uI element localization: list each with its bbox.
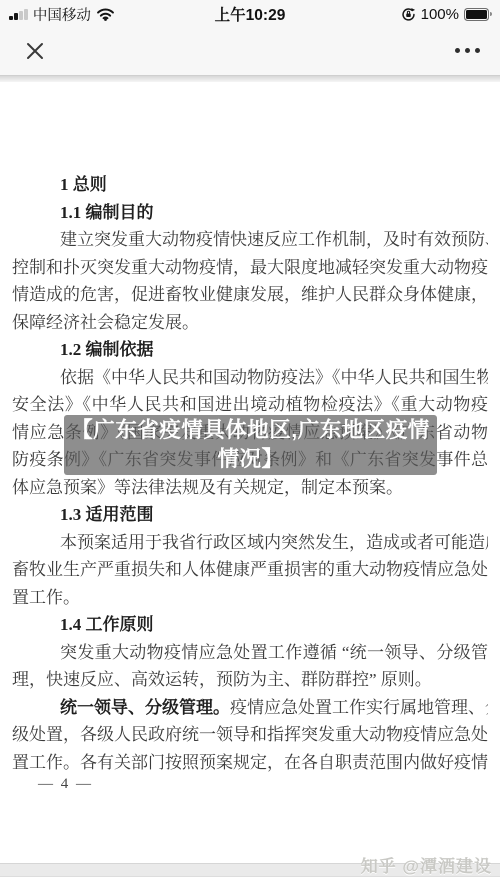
orientation-lock-icon bbox=[401, 7, 416, 22]
document-text-line: 建立突发重大动物疫情快速反应工作机制，及时有效预防、 bbox=[12, 226, 488, 254]
document-text-line: 置工作。 bbox=[12, 584, 488, 612]
document-text-line: 统一领导、分级管理。疫情应急处置工作实行属地管理、分 bbox=[12, 694, 488, 722]
battery-icon bbox=[464, 8, 492, 21]
nav-divider bbox=[0, 75, 500, 82]
close-icon bbox=[24, 40, 46, 62]
screen: 中国移动 上午10:29 100% bbox=[0, 0, 500, 888]
document-heading-line: 1.1 编制目的 bbox=[12, 199, 488, 227]
more-icon bbox=[465, 48, 470, 53]
document-text-line: 依据《中华人民共和国动物防疫法》《中华人民共和国生物 bbox=[12, 364, 488, 392]
document-heading-line: 1 总则 bbox=[12, 171, 488, 199]
document-text-line: 置工作。各有关部门按照预案规定，在各自职责范围内做好疫情 bbox=[12, 749, 488, 777]
document-text-line: 情造成的危害，促进畜牧业健康发展，维护人民群众身体健康， bbox=[12, 281, 488, 309]
more-icon bbox=[455, 48, 460, 53]
overlay-watermark-text: 【广东省疫情具体地区,广东地区疫情情况】 bbox=[64, 416, 437, 474]
document-text-line: 理，快速反应、高效运转，预防为主、群防群控” 原则。 bbox=[12, 666, 488, 694]
overlay-watermark: 【广东省疫情具体地区,广东地区疫情情况】 bbox=[64, 415, 437, 475]
document-heading-line: 1.2 编制依据 bbox=[12, 336, 488, 364]
status-bar-right: 100% bbox=[401, 0, 492, 28]
document-text-line: 保障经济社会稳定发展。 bbox=[12, 309, 488, 337]
status-bar: 中国移动 上午10:29 100% bbox=[0, 0, 500, 28]
document-heading-line: 1.4 工作原则 bbox=[12, 611, 488, 639]
page-number: — 4 — bbox=[38, 776, 93, 793]
document-heading-line: 1.3 适用范围 bbox=[12, 501, 488, 529]
document-text-line: 本预案适用于我省行政区域内突然发生，造成或者可能造成 bbox=[12, 529, 488, 557]
document-text-line: 体应急预案》等法律法规及有关规定，制定本预案。 bbox=[12, 474, 488, 502]
document-text-line: 级处置，各级人民政府统一领导和指挥突发重大动物疫情应急处 bbox=[12, 721, 488, 749]
battery-percent-label: 100% bbox=[421, 6, 459, 23]
more-icon bbox=[475, 48, 480, 53]
document-text-line: 控制和扑灭突发重大动物疫情，最大限度地减轻突发重大动物疫 bbox=[12, 254, 488, 282]
nav-bar bbox=[0, 28, 500, 75]
more-button[interactable] bbox=[451, 40, 484, 60]
document-text-line: 突发重大动物疫情应急处置工作遵循 “统一领导、分级管 bbox=[12, 639, 488, 667]
zhihu-watermark: 知乎 @潭酒建设 bbox=[361, 852, 492, 877]
document-text-line: 畜牧业生产严重损失和人体健康严重损害的重大动物疫情应急处 bbox=[12, 556, 488, 584]
close-button[interactable] bbox=[21, 37, 49, 65]
